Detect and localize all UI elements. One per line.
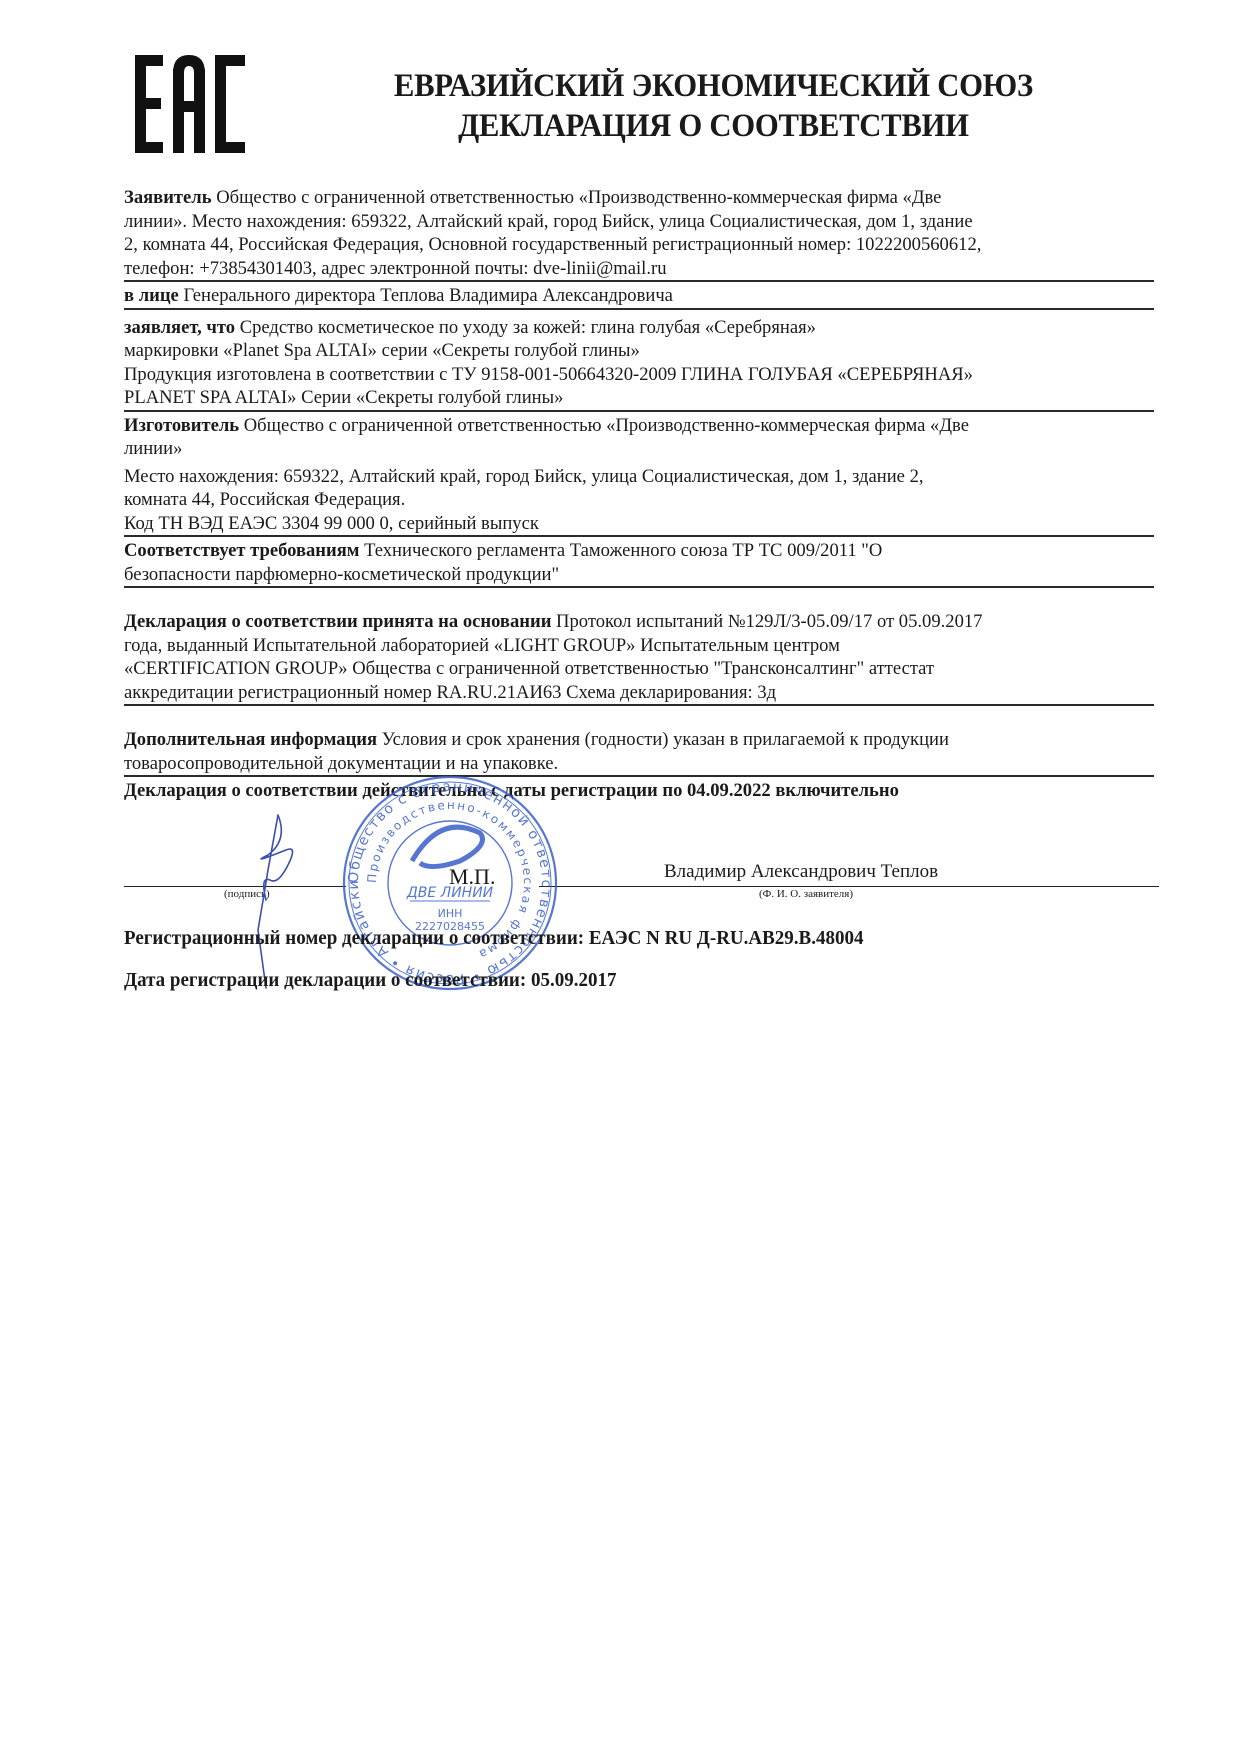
applicant-line-4: телефон: +73854301403, адрес электронной… (124, 257, 1154, 281)
union-title: ЕВРАЗИЙСКИЙ ЭКОНОМИЧЕСКИЙ СОЮЗ (360, 66, 1067, 106)
declares-line-4: PLANET SPA ALTAI» Серии «Секреты голубой… (124, 386, 1154, 410)
manufacturer-section: Изготовитель Общество с ограниченной отв… (124, 414, 1154, 538)
registration-number-label: Регистрационный номер декларации о соотв… (124, 927, 584, 949)
stamp-inn-label: ИНН (438, 907, 463, 920)
declaration-body: Заявитель Общество с ограниченной ответс… (124, 186, 1154, 803)
company-stamp-icon: Общество с ограниченной ответственностью… (340, 773, 560, 993)
signer-name: Владимир Александрович Теплов (664, 861, 938, 883)
hs-code-line: Код ТН ВЭД ЕАЭС 3304 99 000 0, серийный … (124, 512, 1154, 536)
eac-logo-icon (135, 55, 245, 153)
basis-line-2: года, выданный Испытательной лабораторие… (124, 634, 1154, 658)
manufacturer-line-4: комната 44, Российская Федерация. (124, 488, 1154, 512)
signer-name-line (539, 886, 1159, 887)
manufacturer-label: Изготовитель (124, 415, 239, 436)
signer-caption: (Ф. И. О. заявителя) (759, 888, 853, 900)
registration-date-label: Дата регистрации декларации о соответств… (124, 969, 526, 991)
registration-number-line: Регистрационный номер декларации о соотв… (124, 927, 863, 950)
declares-section: заявляет, что Средство косметическое по … (124, 316, 1154, 412)
document-header: ЕВРАЗИЙСКИЙ ЭКОНОМИЧЕСКИЙ СОЮЗ ДЕКЛАРАЦИ… (360, 66, 1067, 146)
registration-number-value: ЕАЭС N RU Д-RU.АВ29.В.48004 (584, 927, 863, 949)
applicant-label: Заявитель (124, 187, 212, 208)
compliance-section: Соответствует требованиям Технического р… (124, 539, 1154, 588)
stamp-company-name: ДВЕ ЛИНИИ (406, 885, 494, 901)
compliance-line-2: безопасности парфюмерно-косметической пр… (124, 563, 1154, 587)
basis-line-3: «CERTIFICATION GROUP» Общества с огранич… (124, 657, 1154, 681)
declares-label: заявляет, что (124, 317, 235, 338)
declares-line-3: Продукция изготовлена в соответствии с Т… (124, 363, 1154, 387)
applicant-line-1: Общество с ограниченной ответственностью… (212, 187, 942, 208)
declaration-document: ЕВРАЗИЙСКИЙ ЭКОНОМИЧЕСКИЙ СОЮЗ ДЕКЛАРАЦИ… (0, 0, 1240, 1753)
compliance-line-1: Технического регламента Таможенного союз… (359, 540, 882, 561)
representative-section: в лице Генерального директора Теплова Вл… (124, 284, 1154, 310)
validity-text: Декларация о соответствии действительна … (124, 779, 1154, 803)
applicant-line-2: линии». Место нахождения: 659322, Алтайс… (124, 210, 1154, 234)
validity-section: Декларация о соответствии действительна … (124, 779, 1154, 803)
applicant-section: Заявитель Общество с ограниченной ответс… (124, 186, 1154, 282)
registration-date-value: 05.09.2017 (526, 969, 616, 991)
representative-text: Генерального директора Теплова Владимира… (179, 285, 673, 306)
representative-label: в лице (124, 285, 179, 306)
basis-line-1: Протокол испытаний №129Л/3-05.09/17 от 0… (551, 611, 982, 632)
additional-info-line-2: товаросопроводительной документации и на… (124, 752, 1154, 776)
additional-info-label: Дополнительная информация (124, 729, 377, 750)
declaration-title: ДЕКЛАРАЦИЯ О СООТВЕТСТВИИ (360, 106, 1067, 146)
additional-info-line-1: Условия и срок хранения (годности) указа… (377, 729, 949, 750)
declares-line-1: Средство косметическое по уходу за кожей… (235, 317, 816, 338)
additional-info-section: Дополнительная информация Условия и срок… (124, 728, 1154, 777)
declares-line-2: маркировки «Planet Spa ALTAI» серии «Сек… (124, 339, 1154, 363)
manufacturer-line-3: Место нахождения: 659322, Алтайский край… (124, 465, 1154, 489)
handwritten-signature-icon (238, 810, 328, 990)
manufacturer-line-1: Общество с ограниченной ответственностью… (239, 415, 969, 436)
basis-label: Декларация о соответствии принята на осн… (124, 611, 551, 632)
applicant-line-3: 2, комната 44, Российская Федерация, Осн… (124, 233, 1154, 257)
basis-section: Декларация о соответствии принята на осн… (124, 610, 1154, 706)
manufacturer-line-2: линии» (124, 437, 1154, 461)
compliance-label: Соответствует требованиям (124, 540, 359, 561)
basis-line-4: аккредитации регистрационный номер RA.RU… (124, 681, 1154, 705)
registration-date-line: Дата регистрации декларации о соответств… (124, 969, 616, 992)
